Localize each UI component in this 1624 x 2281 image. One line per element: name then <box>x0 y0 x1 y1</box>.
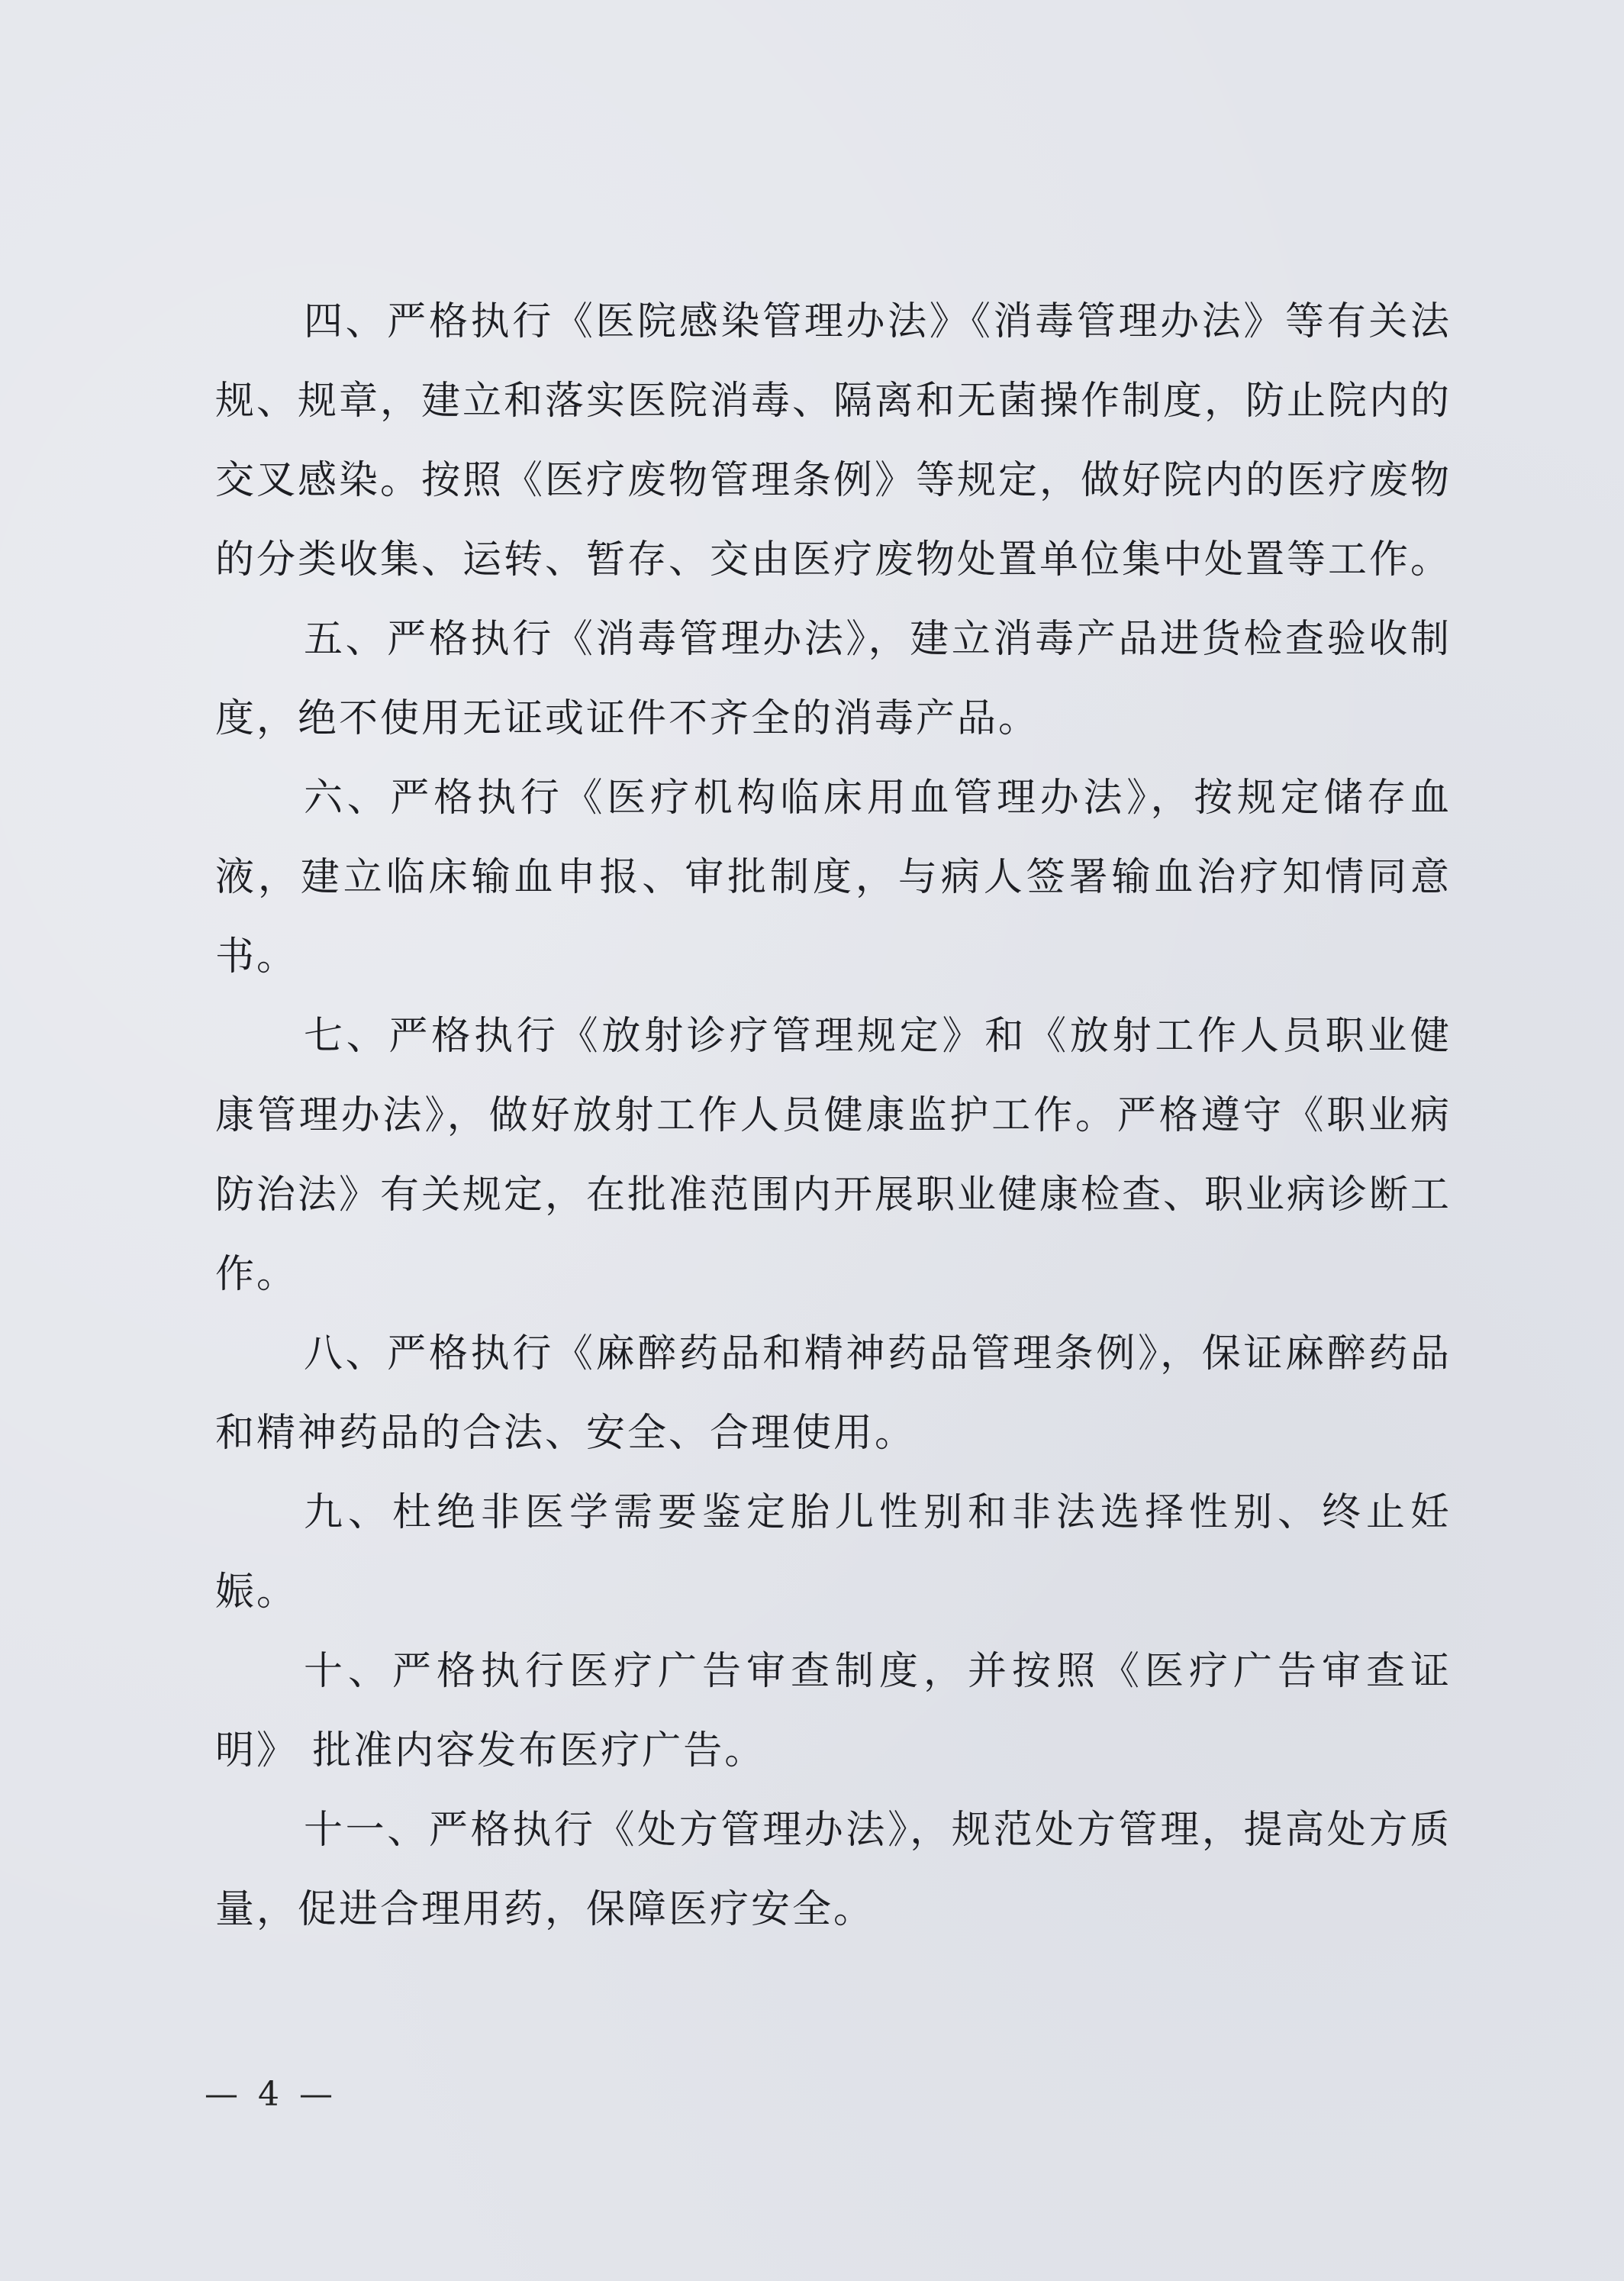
paragraph-item-7: 七、严格执行《放射诊疗管理规定》和《放射工作人员职业健康管理办法》，做好放射工作… <box>215 997 1452 1315</box>
paragraph-item-4: 四、严格执行《医院感染管理办法》《消毒管理办法》等有关法规、规章，建立和落实医院… <box>215 282 1452 600</box>
paragraph-item-8: 八、严格执行《麻醉药品和精神药品管理条例》，保证麻醉药品和精神药品的合法、安全、… <box>215 1315 1452 1473</box>
paragraph-item-9: 九、杜绝非医学需要鉴定胎儿性别和非法选择性别、终止妊娠。 <box>215 1473 1452 1632</box>
document-body: 四、严格执行《医院感染管理办法》《消毒管理办法》等有关法规、规章，建立和落实医院… <box>215 282 1452 1950</box>
paragraph-item-10: 十、严格执行医疗广告审查制度，并按照《医疗广告审查证明》 批准内容发布医疗广告。 <box>215 1632 1452 1791</box>
paragraph-item-5: 五、严格执行《消毒管理办法》，建立消毒产品进货检查验收制度，绝不使用无证或证件不… <box>215 600 1452 759</box>
page-number: — 4 — <box>205 2075 337 2114</box>
paragraph-item-6: 六、严格执行《医疗机构临床用血管理办法》，按规定储存血液，建立临床输血申报、审批… <box>215 759 1452 997</box>
paragraph-item-11: 十一、严格执行《处方管理办法》，规范处方管理，提高处方质量，促进合理用药，保障医… <box>215 1791 1452 1950</box>
